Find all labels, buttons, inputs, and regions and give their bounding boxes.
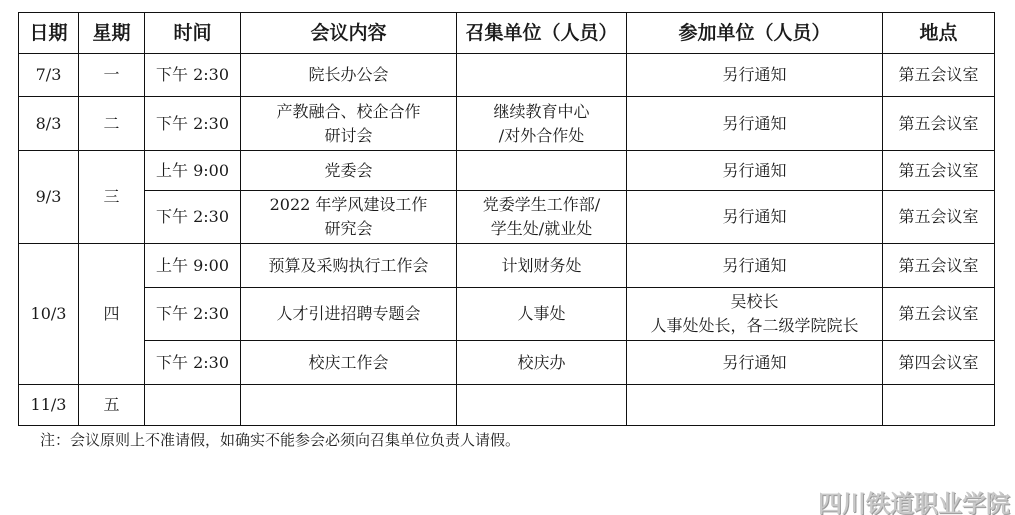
content-cell: 2022 年学风建设工作 研究会 — [241, 191, 457, 244]
table-header-row: 日期 星期 时间 会议内容 召集单位（人员） 参加单位（人员） 地点 — [19, 13, 995, 54]
header-date: 日期 — [19, 13, 79, 54]
weekday-cell: 三 — [79, 151, 145, 244]
footnote: 注：会议原则上不准请假，如确实不能参会必须向召集单位负责人请假。 — [40, 430, 520, 450]
table-row: 9/3 三 上午 9:00 党委会 另行通知 第五会议室 — [19, 151, 995, 191]
watermark: 四川铁道职业学院 — [818, 484, 1010, 515]
weekday-cell: 四 — [79, 244, 145, 385]
table-row: 下午 2:30 校庆工作会 校庆办 另行通知 第四会议室 — [19, 341, 995, 385]
time-cell: 下午 2:30 — [145, 341, 241, 385]
attendees-cell: 另行通知 — [627, 341, 883, 385]
attendees-cell: 吴校长 人事处处长，各二级学院院长 — [627, 288, 883, 341]
header-location: 地点 — [883, 13, 995, 54]
weekday-cell: 五 — [79, 385, 145, 426]
location-cell: 第五会议室 — [883, 244, 995, 288]
table-row: 下午 2:30 人才引进招聘专题会 人事处 吴校长 人事处处长，各二级学院院长 … — [19, 288, 995, 341]
convener-cell: 校庆办 — [457, 341, 627, 385]
convener-cell: 计划财务处 — [457, 244, 627, 288]
time-cell: 下午 2:30 — [145, 97, 241, 151]
date-cell: 11/3 — [19, 385, 79, 426]
table-row: 下午 2:30 2022 年学风建设工作 研究会 党委学生工作部/ 学生处/就业… — [19, 191, 995, 244]
date-cell: 7/3 — [19, 54, 79, 97]
table-row: 11/3 五 — [19, 385, 995, 426]
header-attendees: 参加单位（人员） — [627, 13, 883, 54]
convener-cell: 继续教育中心 /对外合作处 — [457, 97, 627, 151]
convener-cell — [457, 151, 627, 191]
location-cell: 第五会议室 — [883, 191, 995, 244]
attendees-cell: 另行通知 — [627, 244, 883, 288]
attendees-cell: 另行通知 — [627, 151, 883, 191]
content-cell: 院长办公会 — [241, 54, 457, 97]
convener-cell — [457, 54, 627, 97]
convener-cell: 人事处 — [457, 288, 627, 341]
date-cell: 9/3 — [19, 151, 79, 244]
location-cell: 第五会议室 — [883, 288, 995, 341]
date-cell: 10/3 — [19, 244, 79, 385]
location-cell: 第五会议室 — [883, 151, 995, 191]
header-weekday: 星期 — [79, 13, 145, 54]
weekday-cell: 二 — [79, 97, 145, 151]
attendees-cell: 另行通知 — [627, 54, 883, 97]
time-cell — [145, 385, 241, 426]
location-cell: 第五会议室 — [883, 97, 995, 151]
convener-cell: 党委学生工作部/ 学生处/就业处 — [457, 191, 627, 244]
table-row: 10/3 四 上午 9:00 预算及采购执行工作会 计划财务处 另行通知 第五会… — [19, 244, 995, 288]
content-cell: 人才引进招聘专题会 — [241, 288, 457, 341]
header-time: 时间 — [145, 13, 241, 54]
location-cell: 第五会议室 — [883, 54, 995, 97]
content-cell: 产教融合、校企合作 研讨会 — [241, 97, 457, 151]
location-cell: 第四会议室 — [883, 341, 995, 385]
time-cell: 下午 2:30 — [145, 191, 241, 244]
content-cell: 校庆工作会 — [241, 341, 457, 385]
attendees-cell: 另行通知 — [627, 191, 883, 244]
attendees-cell — [627, 385, 883, 426]
date-cell: 8/3 — [19, 97, 79, 151]
header-content: 会议内容 — [241, 13, 457, 54]
table-row: 7/3 一 下午 2:30 院长办公会 另行通知 第五会议室 — [19, 54, 995, 97]
table-row: 8/3 二 下午 2:30 产教融合、校企合作 研讨会 继续教育中心 /对外合作… — [19, 97, 995, 151]
time-cell: 下午 2:30 — [145, 288, 241, 341]
meeting-schedule-table: 日期 星期 时间 会议内容 召集单位（人员） 参加单位（人员） 地点 7/3 一… — [18, 12, 995, 426]
content-cell: 党委会 — [241, 151, 457, 191]
location-cell — [883, 385, 995, 426]
attendees-cell: 另行通知 — [627, 97, 883, 151]
time-cell: 上午 9:00 — [145, 151, 241, 191]
time-cell: 下午 2:30 — [145, 54, 241, 97]
content-cell — [241, 385, 457, 426]
time-cell: 上午 9:00 — [145, 244, 241, 288]
convener-cell — [457, 385, 627, 426]
weekday-cell: 一 — [79, 54, 145, 97]
header-convener: 召集单位（人员） — [457, 13, 627, 54]
content-cell: 预算及采购执行工作会 — [241, 244, 457, 288]
